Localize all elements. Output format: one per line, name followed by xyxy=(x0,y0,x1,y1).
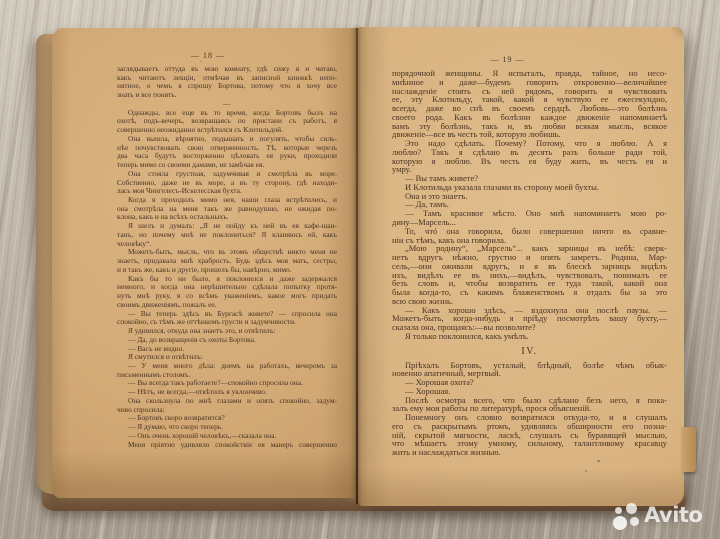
page-number-left: — 18 — xyxy=(98,51,318,60)
avito-logo-icon xyxy=(613,500,641,531)
text-line: которую я люблю. Въ честь ея буду жить, … xyxy=(392,157,667,166)
paper-speck xyxy=(585,470,587,472)
section-heading: IV. xyxy=(392,341,667,361)
book-photo: — 18 — — 19 — заглядываетъ оттуда въ мою… xyxy=(0,0,720,539)
left-page-text: заглядываетъ оттуда въ мою комнату, гдѣ … xyxy=(117,65,337,449)
paper-speck xyxy=(663,114,665,116)
text-line: Меня пріятно удивляло спокойствіе ея ман… xyxy=(117,441,337,450)
right-page-text: порядочной женщины. Я испыталъ, правда, … xyxy=(392,69,667,457)
text-line: Я только поклонился, какъ умѣлъ. xyxy=(392,332,667,341)
text-line: жить и наслаждаться жизнью. xyxy=(392,448,667,457)
book-gutter xyxy=(356,28,358,504)
avito-wordmark: Avito xyxy=(644,500,702,531)
bookmark-tab xyxy=(682,427,696,472)
avito-watermark: Avito xyxy=(613,497,717,533)
page-number-right: — 19 — xyxy=(370,55,645,64)
paper-speck xyxy=(597,460,600,462)
paper-speck xyxy=(200,61,202,62)
